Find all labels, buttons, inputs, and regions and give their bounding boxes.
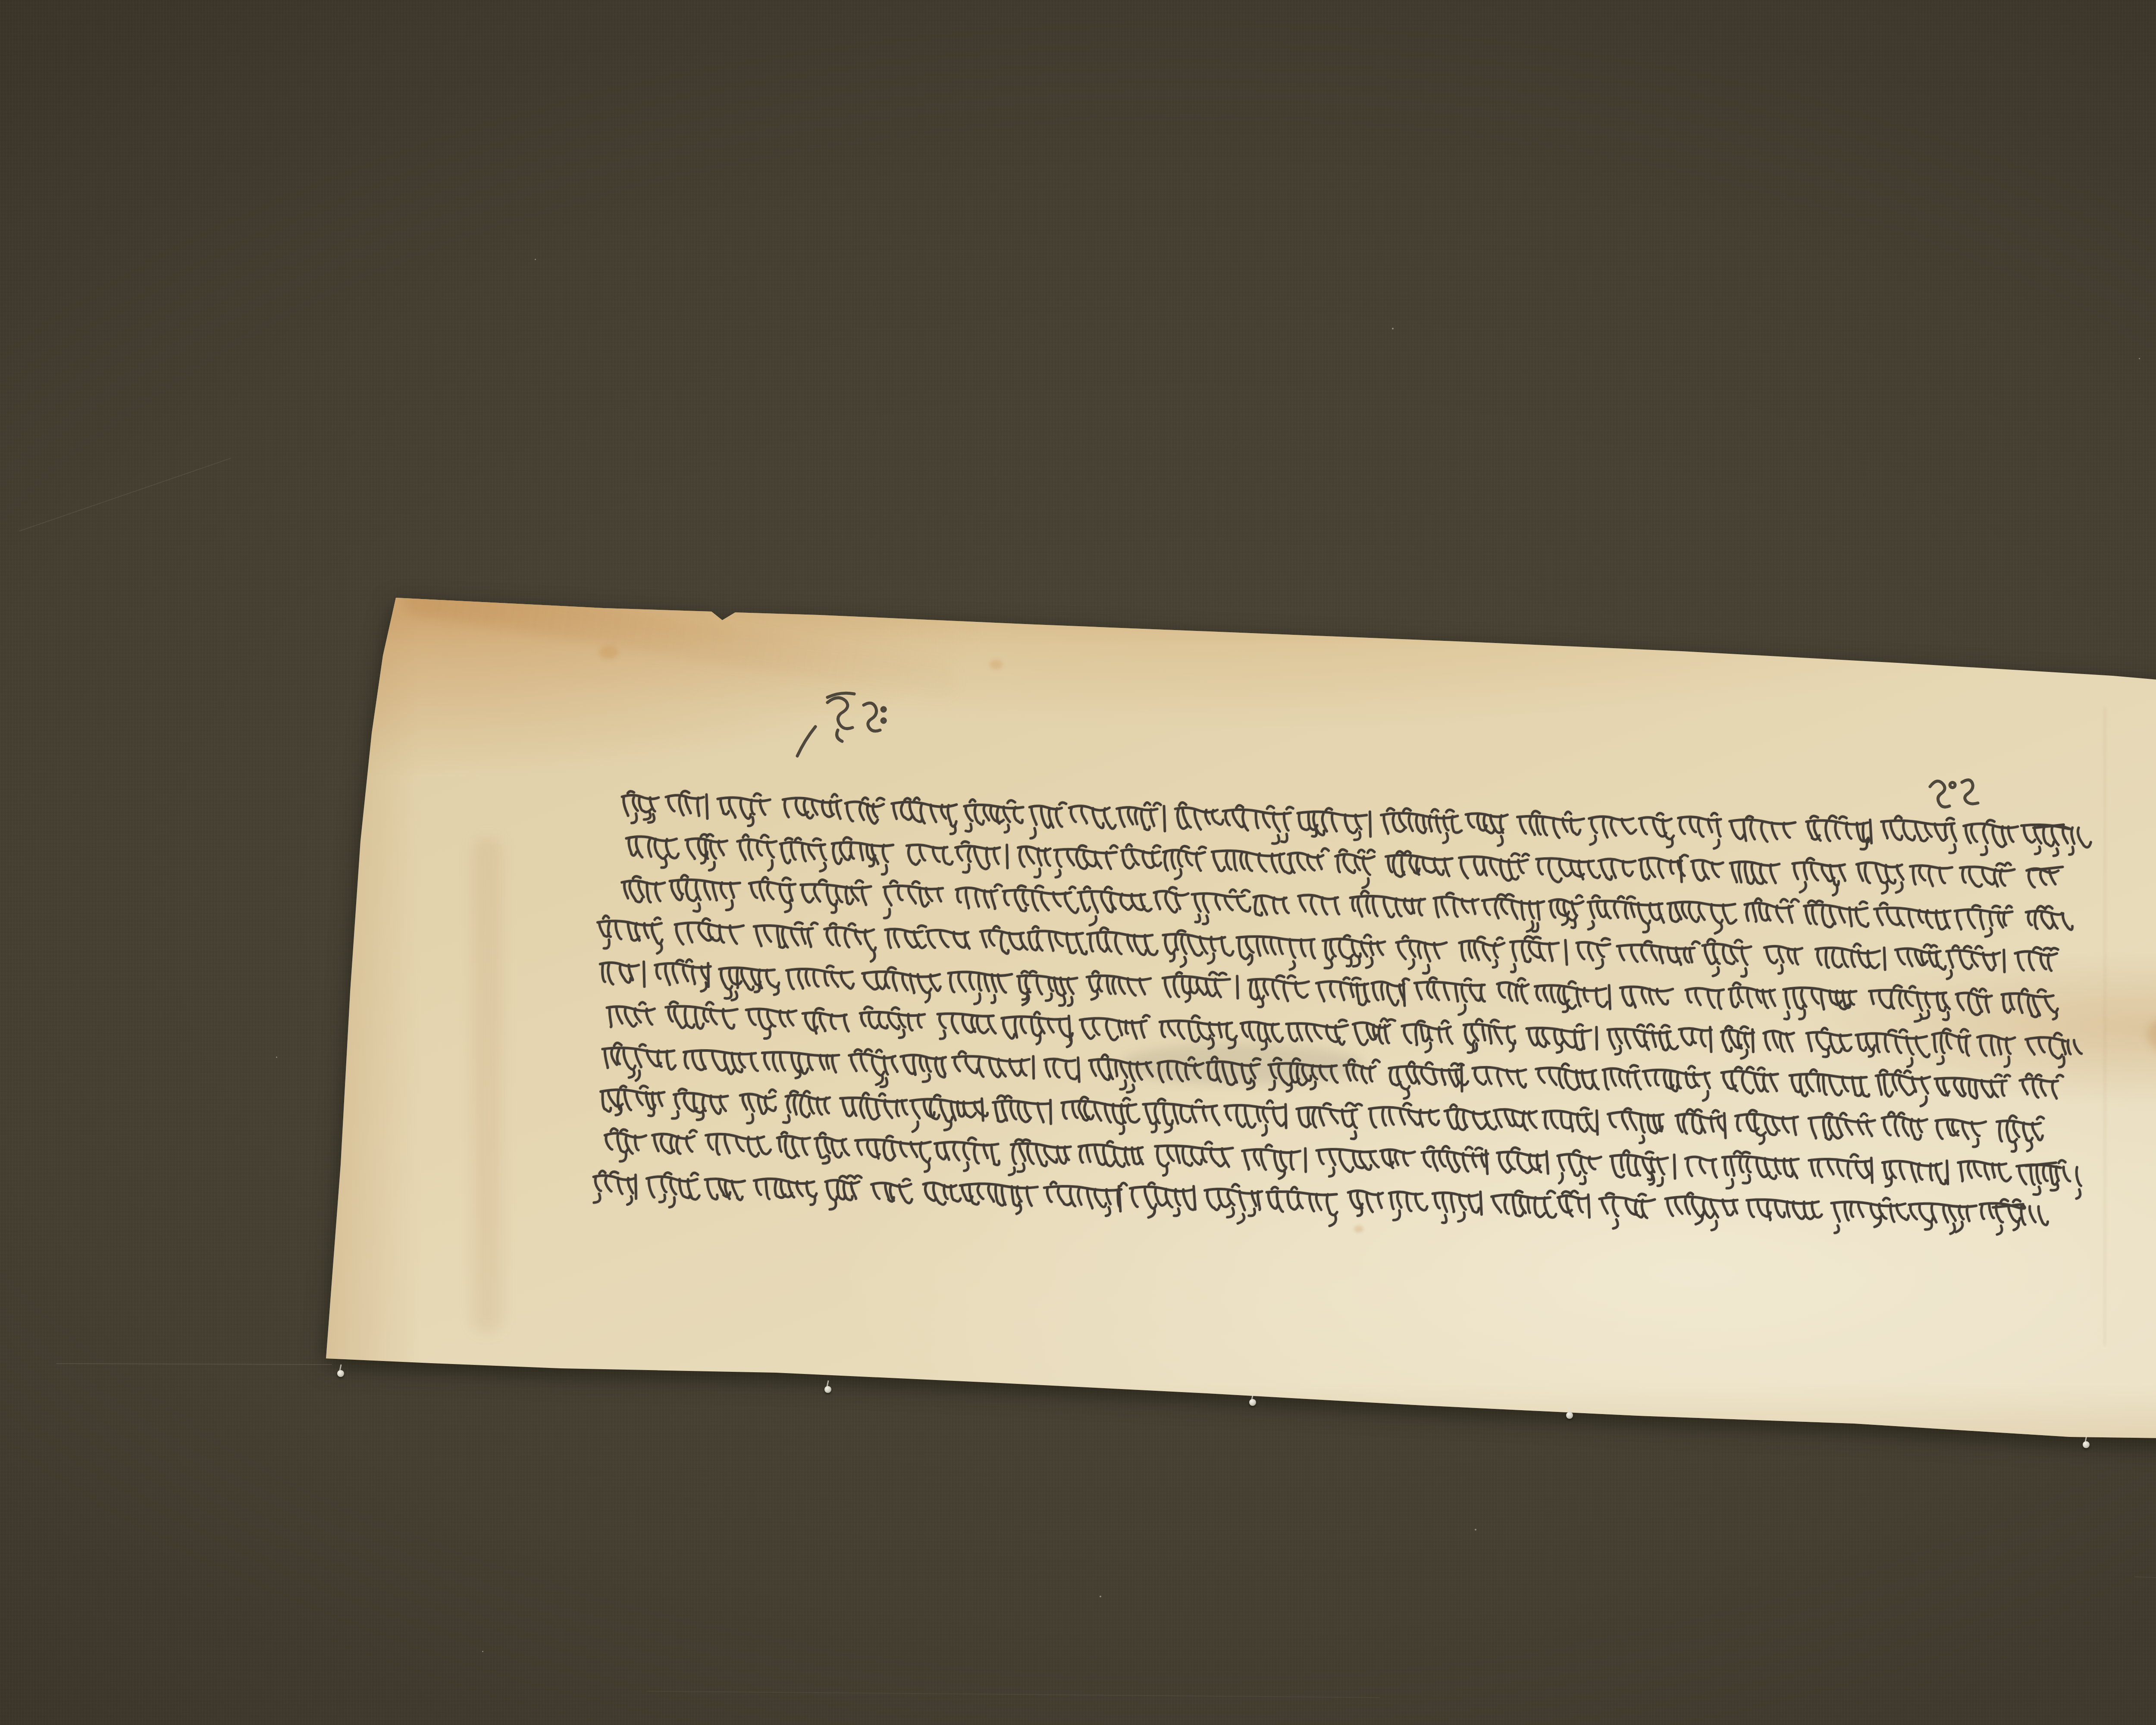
- dust-speck: [535, 259, 536, 260]
- mounting-pin: [2083, 1441, 2090, 1448]
- mounting-pin: [1249, 1399, 1256, 1406]
- stain-spot: [599, 646, 618, 659]
- manuscript-page-wrap: [323, 595, 2156, 1443]
- dust-speck: [276, 1057, 277, 1058]
- dust-speck: [1100, 1596, 1101, 1597]
- stain-spot: [990, 660, 1003, 669]
- stain-diagonal-streak: [401, 577, 961, 701]
- board-scratch: [56, 1363, 332, 1365]
- board-scratch: [2134, 1576, 2156, 1586]
- stain-right-blotch: [2147, 1011, 2156, 1059]
- board-scratch: [647, 1691, 1380, 1698]
- mounting-pin: [824, 1386, 831, 1393]
- header-mark: [791, 688, 890, 761]
- mounting-pin: [337, 1370, 344, 1377]
- dust-speck: [2139, 358, 2140, 359]
- dust-speck: [1392, 328, 1394, 329]
- photo-backdrop-board: [0, 0, 2156, 1725]
- board-scratch: [19, 458, 231, 531]
- manuscript-page: [323, 595, 2156, 1443]
- folio-number: [1924, 771, 1984, 814]
- dust-speck: [482, 1651, 483, 1652]
- stain-vertical-streak: [472, 837, 502, 1333]
- dust-speck: [1475, 1529, 1476, 1531]
- mounting-pin: [1566, 1412, 1573, 1419]
- manuscript-text-block: [604, 787, 2123, 1274]
